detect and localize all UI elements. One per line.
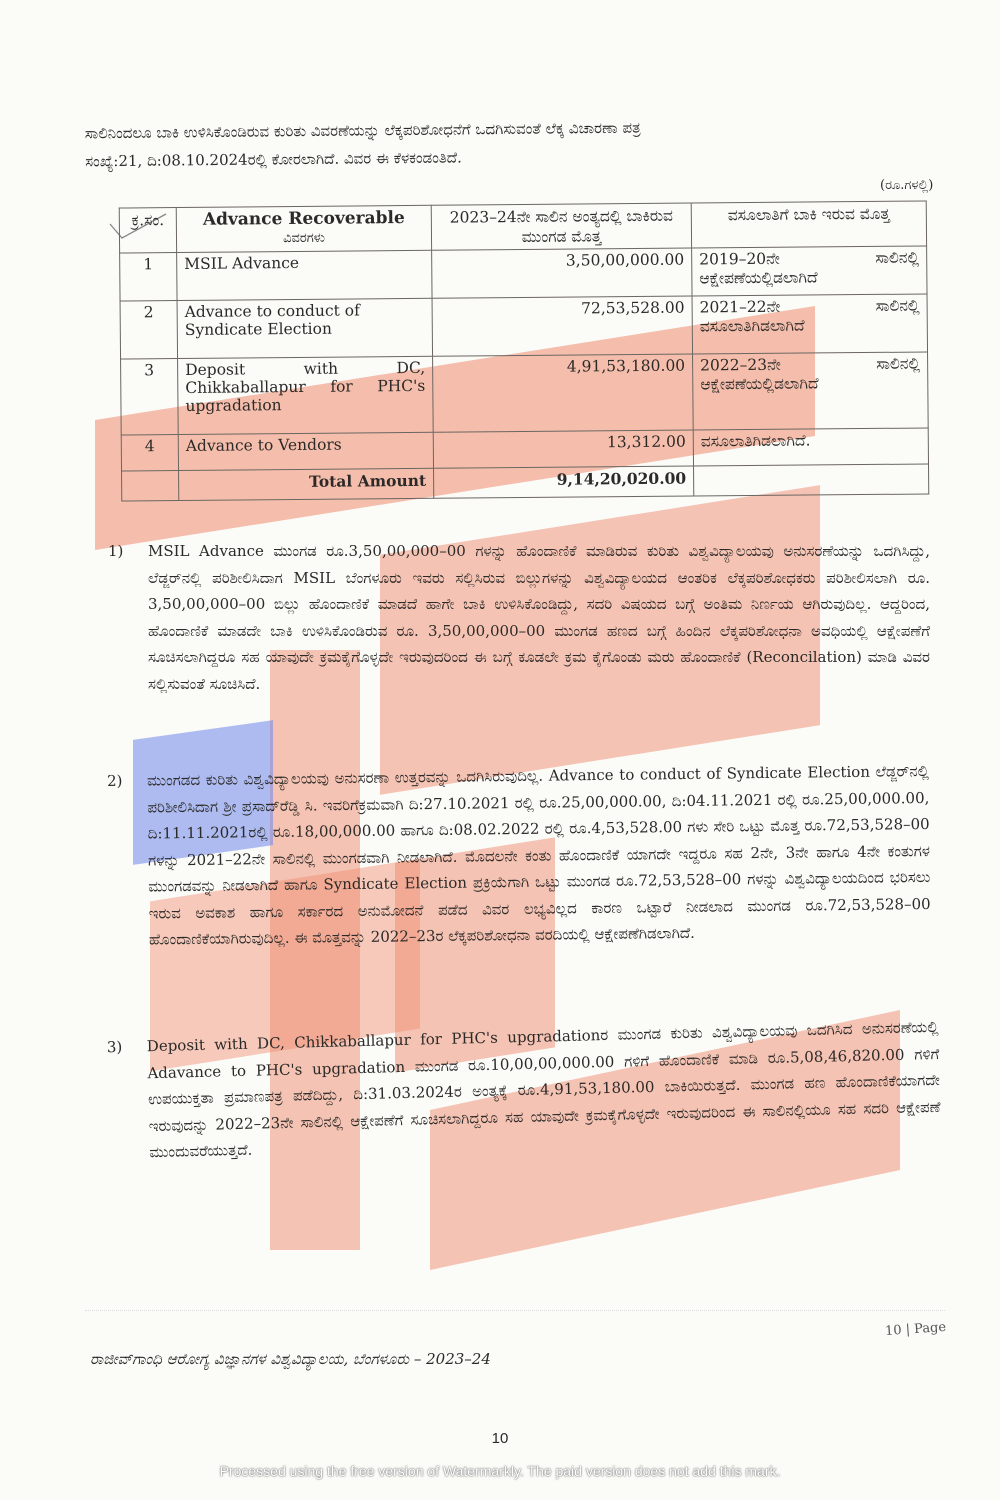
watermark-text: Processed using the free version of Wate… — [0, 1463, 1000, 1479]
table-total-row: Total Amount 9,14,20,020.00 — [122, 464, 929, 501]
footer-divider — [85, 1310, 945, 1311]
table-header-row: ಕ್ರ.ಸಂ. Advance Recoverable ವಿವರಗಳು 2023… — [119, 201, 926, 253]
header-particulars: Advance Recoverable ವಿವರಗಳು — [176, 205, 431, 252]
header-amount: 2023–24ನೇ ಸಾಲಿನ ಅಂತ್ಯದಲ್ಲಿ ಬಾಕಿರುವ ಮುಂಗಡ… — [431, 203, 691, 250]
table-row: 3 Deposit with DC, Chikkaballapur for PH… — [121, 352, 929, 435]
intro-paragraph: ಸಾಲಿನಿಂದಲೂ ಬಾಕಿ ಉಳಿಸಿಕೊಂಡಿರುವ ಕುರಿತು ವಿವ… — [85, 111, 926, 176]
footer-title: ರಾಜೀವ್‌ಗಾಂಧಿ ಆರೋಗ್ಯ ವಿಜ್ಞಾನಗಳ ವಿಶ್ವವಿದ್ಯ… — [90, 1350, 491, 1368]
currency-unit-label: (ರೂ.ಗಳಲ್ಲಿ) — [880, 178, 933, 193]
table-row: 2 Advance to conduct of Syndicate Electi… — [120, 294, 927, 359]
page-number: 10 — [0, 1430, 1000, 1447]
observation-paragraph-2: 2) ಮುಂಗಡದ ಕುರಿತು ವಿಶ್ವವಿದ್ಯಾಲಯವು ಅನುಸರಣಾ… — [109, 758, 931, 954]
advance-recoverable-table: ಕ್ರ.ಸಂ. Advance Recoverable ವಿವರಗಳು 2023… — [119, 200, 930, 501]
header-serial: ಕ್ರ.ಸಂ. — [119, 208, 176, 253]
table-row: 1 MSIL Advance 3,50,00,000.00 2019–20ನೇ … — [120, 246, 927, 301]
page-label: 10 | Page — [885, 1320, 947, 1339]
observation-paragraph-1: 1) MSIL Advance ಮುಂಗಡ ರೂ.3,50,00,000–00 … — [110, 538, 930, 697]
header-status: ವಸೂಲಾತಿಗೆ ಬಾಕಿ ಇರುವ ಮೊತ್ತ — [691, 201, 926, 248]
observation-paragraph-3: 3) Deposit with DC, Chikkaballapur for P… — [109, 1014, 942, 1167]
